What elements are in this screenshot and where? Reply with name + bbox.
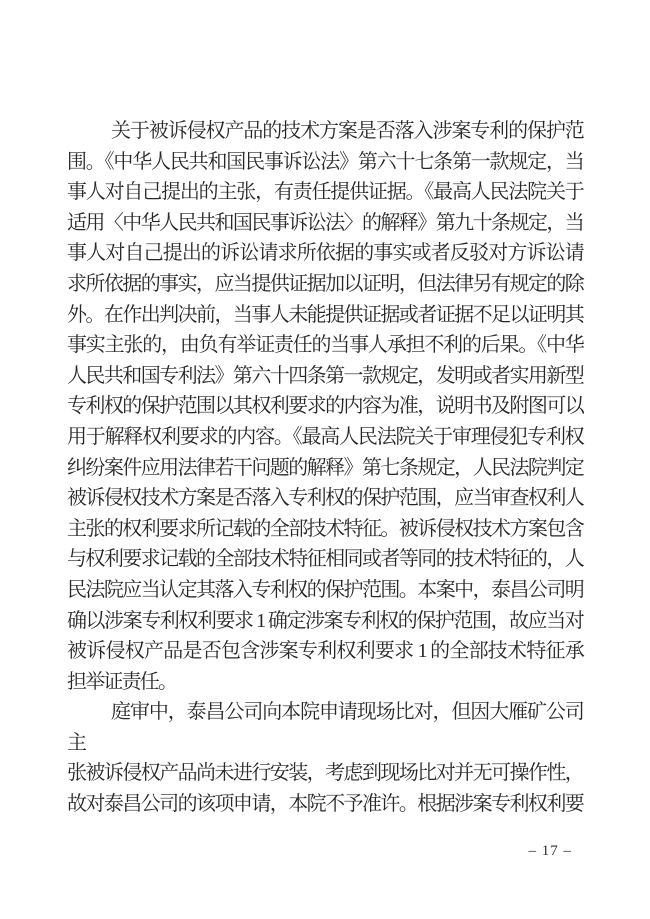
text-line: 事实主张的，由负有举证责任的当事人承担不利的后果。《中华 (67, 330, 583, 361)
text-line: 专利权的保护范围以其权利要求的内容为准，说明书及附图可以 (67, 391, 583, 422)
text-line: 被诉侵权技术方案是否落入专利权的保护范围，应当审查权利人 (67, 483, 583, 514)
text-line: 主张的权利要求所记载的全部技术特征。被诉侵权技术方案包含 (67, 514, 583, 545)
text-line: 用于解释权利要求的内容。《最高人民法院关于审理侵犯专利权 (67, 422, 583, 453)
text-line: 故对泰昌公司的该项申请，本院不予准许。根据涉案专利权利要 (67, 789, 583, 820)
text-line: 庭审中，泰昌公司向本院申请现场比对，但因大雁矿公司主 (67, 697, 583, 758)
document-page: 关于被诉侵权产品的技术方案是否落入涉案专利的保护范围。《中华人民共和国民事诉讼法… (0, 0, 650, 919)
text-line: 与权利要求记载的全部技术特征相同或者等同的技术特征的，人 (67, 544, 583, 575)
text-line: 人民共和国专利法》第六十四条第一款规定，发明或者实用新型 (67, 361, 583, 392)
text-line: 求所依据的事实，应当提供证据加以证明，但法律另有规定的除 (67, 269, 583, 300)
text-line: 纠纷案件应用法律若干问题的解释》第七条规定，人民法院判定 (67, 453, 583, 484)
text-line: 围。《中华人民共和国民事诉讼法》第六十七条第一款规定，当 (67, 147, 583, 178)
text-line: 适用〈中华人民共和国民事诉讼法〉的解释》第九十条规定，当 (67, 208, 583, 239)
text-line: 张被诉侵权产品尚未进行安装，考虑到现场比对并无可操作性， (67, 758, 583, 789)
text-line: 被诉侵权产品是否包含涉案专利权利要求 1 的全部技术特征承 (67, 636, 583, 667)
text-line: 事人对自己提出的诉讼请求所依据的事实或者反驳对方诉讼请 (67, 238, 583, 269)
body-text: 关于被诉侵权产品的技术方案是否落入涉案专利的保护范围。《中华人民共和国民事诉讼法… (67, 116, 583, 820)
text-line: 民法院应当认定其落入专利权的保护范围。本案中，泰昌公司明 (67, 575, 583, 606)
page-number: – 17 – (529, 843, 573, 860)
text-line: 担举证责任。 (67, 667, 583, 698)
text-line: 事人对自己提出的主张，有责任提供证据。《最高人民法院关于 (67, 177, 583, 208)
text-line: 外。在作出判决前，当事人未能提供证据或者证据不足以证明其 (67, 300, 583, 331)
text-line: 确以涉案专利权利要求 1 确定涉案专利权的保护范围，故应当对 (67, 606, 583, 637)
text-line: 关于被诉侵权产品的技术方案是否落入涉案专利的保护范 (67, 116, 583, 147)
